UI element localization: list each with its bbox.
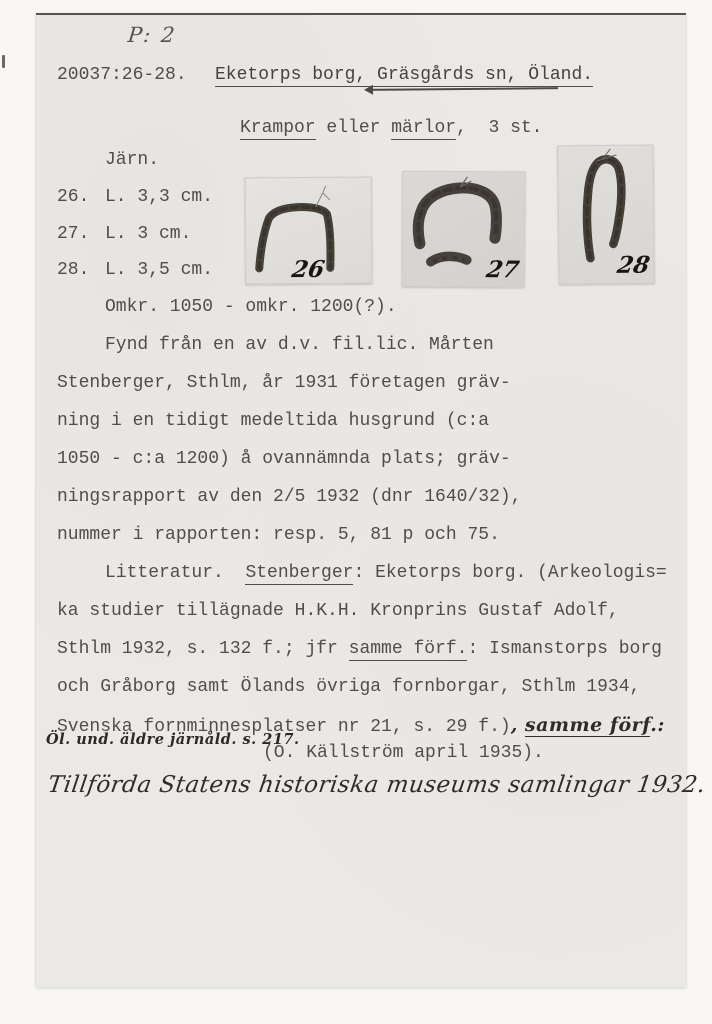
material-line: Järn.: [105, 149, 159, 171]
card-title: Eketorps borg, Gräsgårds sn, Öland.: [215, 64, 593, 86]
description-line: 1050 - c:a 1200) å ovannämnda plats; grä…: [57, 448, 511, 470]
literature-line: Sthlm 1932, s. 132 f.; jfr samme förf.: …: [57, 638, 662, 660]
accession-note: Tillförda Statens historiska museums sam…: [46, 772, 707, 798]
cataloguer-signature-line: (O. Källström april 1935).: [263, 742, 544, 764]
staple-photo-26: 26: [245, 177, 373, 285]
item-dimension: L. 3,5 cm.: [105, 259, 213, 281]
handwritten-insertion: , samme förf.:: [511, 714, 665, 737]
description-line: Fynd från en av d.v. fil.lic. Mårten: [105, 334, 494, 356]
underlined-author: Stenberger: [245, 563, 353, 585]
literature-line: ka studier tillägnade H.K.H. Kronprins G…: [57, 600, 619, 622]
page-note: P: 2: [127, 23, 178, 47]
inventory-number: 20037:26-28.: [57, 64, 187, 86]
catalog-card: P: 2 20037:26-28. Eketorps borg, Gräsgår…: [36, 13, 686, 987]
card-title-text: Eketorps borg, Gräsgårds sn, Öland.: [215, 65, 593, 87]
scanned-catalog-card-page: { "header": { "page_note": "P: 2", "inve…: [0, 0, 712, 1024]
item-dimension: L. 3,3 cm.: [105, 186, 213, 208]
description-line: nummer i rapporten: resp. 5, 81 p och 75…: [57, 524, 500, 546]
hand-underline-arrow: [364, 85, 558, 93]
staple-photo-28: 28: [557, 145, 654, 285]
item-number: 26.: [57, 186, 89, 208]
staple-photo-27: 27: [402, 171, 526, 288]
item-number: 28.: [57, 259, 89, 281]
description-line: Stenberger, Sthlm, år 1931 företagen grä…: [57, 372, 511, 394]
literature-line: och Gråborg samt Ölands övriga fornborga…: [57, 676, 640, 698]
object-type-line: Krampor eller märlor, 3 st.: [240, 117, 542, 139]
underlined-same-author: samme förf.: [349, 639, 468, 661]
item-dimension: L. 3 cm.: [105, 223, 191, 245]
subtitle-word-krampor: Krampor: [240, 118, 316, 140]
description-line: ning i en tidigt medeltida husgrund (c:a: [57, 410, 489, 432]
scan-speck: [2, 55, 5, 68]
dating-line: Omkr. 1050 - omkr. 1200(?).: [105, 296, 397, 318]
item-number: 27.: [57, 223, 89, 245]
photo-number-26: 26: [290, 256, 327, 283]
handwritten-reference: Öl. und. äldre järnåld. s. 217.: [46, 731, 300, 748]
subtitle-word-marlor: märlor: [391, 118, 456, 140]
photo-number-27: 27: [484, 256, 521, 283]
literature-line: Litteratur. Stenberger: Eketorps borg. (…: [105, 562, 667, 584]
description-line: ningsrapport av den 2/5 1932 (dnr 1640/3…: [57, 486, 521, 508]
photo-number-28: 28: [615, 252, 651, 279]
